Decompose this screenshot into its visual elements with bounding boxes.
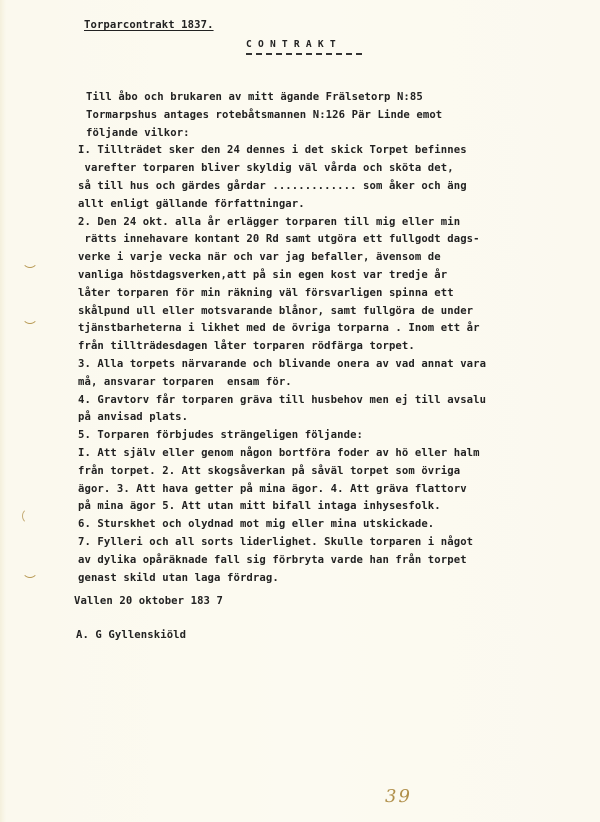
body-line: så till hus och gärdes gårdar ..........… bbox=[78, 179, 467, 193]
punch-hole-mark bbox=[22, 256, 38, 268]
body-line: 5. Torparen förbjudes strängeligen följa… bbox=[78, 428, 363, 442]
body-line: på mina ägor 5. Att utan mitt bifall int… bbox=[78, 499, 441, 513]
body-line: skålpund ull eller motsvarande blånor, s… bbox=[78, 304, 473, 318]
body-line: I. Tillträdet sker den 24 dennes i det s… bbox=[78, 143, 467, 157]
body-line: Till åbo och brukaren av mitt ägande Frä… bbox=[86, 90, 423, 104]
body-line: vanliga höstdagsverken,att på sin egen k… bbox=[78, 268, 447, 282]
document-title: Torparcontrakt 1837. bbox=[84, 18, 214, 32]
body-line: ägor. 3. Att hava getter på mina ägor. 4… bbox=[78, 482, 467, 496]
body-line: tjänstbarheterna i likhet med de övriga … bbox=[78, 321, 480, 335]
punch-hole-mark bbox=[22, 566, 38, 578]
body-line: I. Att själv eller genom någon bortföra … bbox=[78, 446, 480, 460]
document-page: Torparcontrakt 1837. CONTRAKT Till åbo o… bbox=[0, 0, 600, 822]
body-line: från torpet. 2. Att skogsåverkan på såvä… bbox=[78, 464, 460, 478]
body-line: på anvisad plats. bbox=[78, 410, 188, 424]
body-line: följande vilkor: bbox=[86, 126, 190, 140]
body-line: 3. Alla torpets närvarande och blivande … bbox=[78, 357, 486, 371]
body-line: av dylika opåräknade fall sig förbryta v… bbox=[78, 553, 467, 567]
body-line: 2. Den 24 okt. alla år erlägger torparen… bbox=[78, 215, 460, 229]
punch-hole-mark bbox=[22, 508, 34, 524]
body-line: verke i varje vecka när och var jag befa… bbox=[78, 250, 441, 264]
page-number: 39 bbox=[385, 786, 412, 807]
body-line: rätts innehavare kontant 20 Rd samt utgö… bbox=[78, 232, 480, 246]
body-line: må, ansvarar torparen ensam för. bbox=[78, 375, 292, 389]
body-line: allt enligt gällande författningar. bbox=[78, 197, 305, 211]
body-line: 6. Sturskhet och olydnad mot mig eller m… bbox=[78, 517, 434, 531]
body-line: 7. Fylleri och all sorts liderlighet. Sk… bbox=[78, 535, 473, 549]
signature: A. G Gyllenskiöld bbox=[76, 628, 186, 642]
body-line: 4. Gravtorv får torparen gräva till husb… bbox=[78, 393, 486, 407]
body-line: genast skild utan laga fördrag. bbox=[78, 571, 279, 585]
place-date: Vallen 20 oktober 183 7 bbox=[74, 594, 223, 608]
punch-hole-mark bbox=[22, 312, 38, 324]
body-line: varefter torparen bliver skyldig väl vår… bbox=[78, 161, 454, 175]
heading-underline bbox=[246, 53, 362, 55]
body-line: från tillträdesdagen låter torparen rödf… bbox=[78, 339, 415, 353]
body-line: låter torparen för min räkning väl försv… bbox=[78, 286, 454, 300]
contract-heading: CONTRAKT bbox=[246, 38, 342, 52]
body-line: Tormarpshus antages rotebåtsmannen N:126… bbox=[86, 108, 442, 122]
